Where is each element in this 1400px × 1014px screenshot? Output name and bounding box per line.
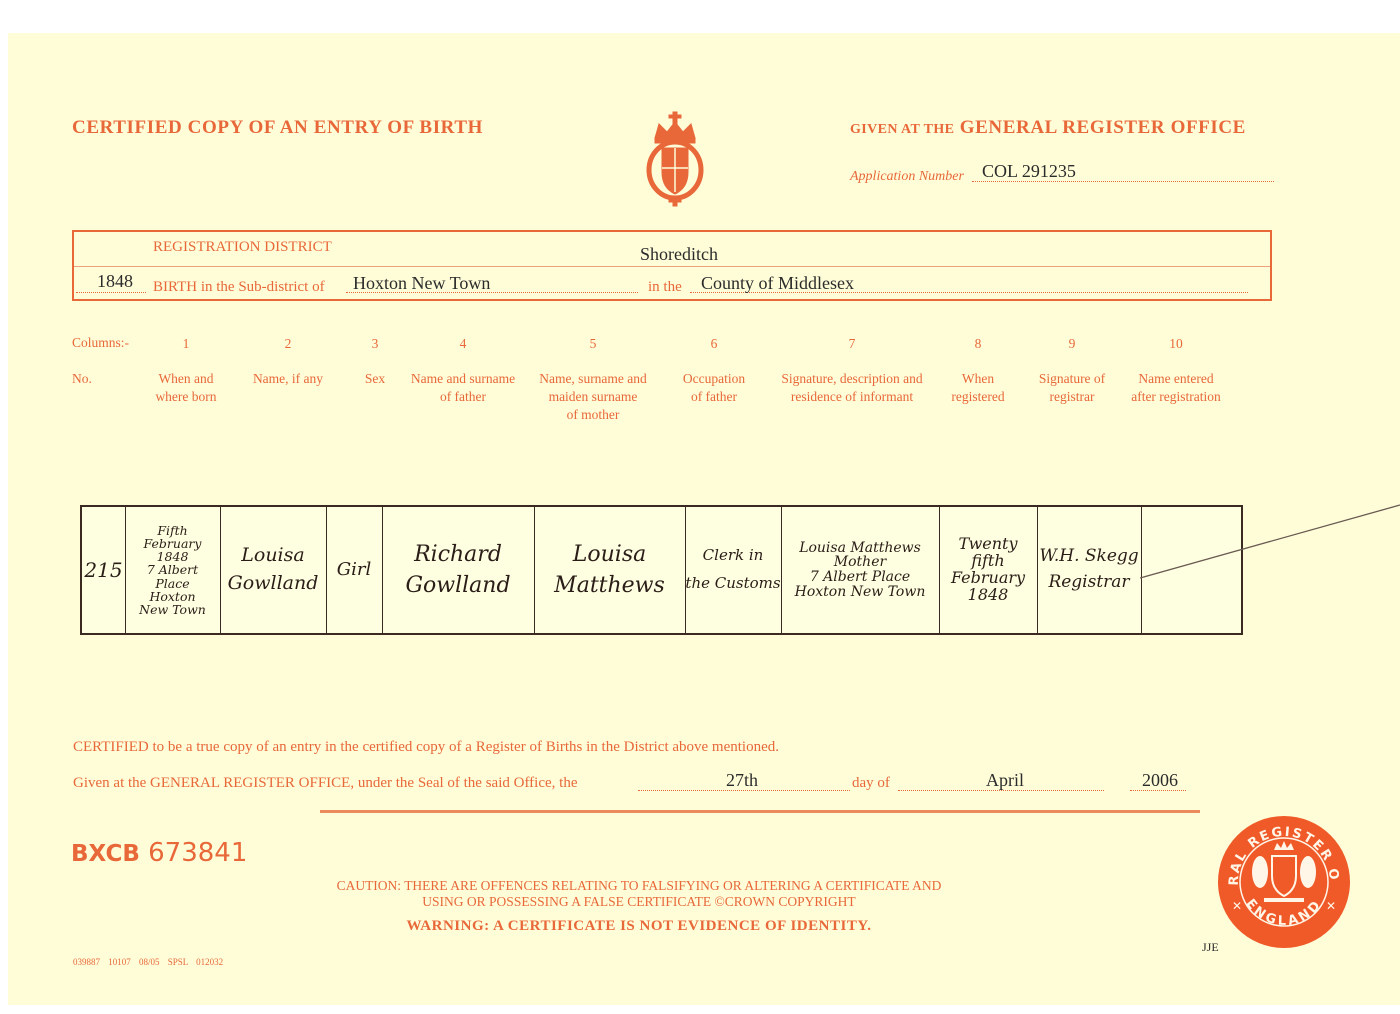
entry-father: Richard Gowlland: [382, 507, 534, 633]
county-label: in the: [648, 279, 682, 296]
column-number-7: 7: [772, 335, 932, 353]
registered-year: 1848: [968, 587, 1009, 604]
entry-number: 215: [82, 507, 125, 633]
subdistrict-value: Hoxton New Town: [353, 273, 490, 294]
registration-district-value: Shoreditch: [640, 244, 718, 265]
application-number-label: Application Number: [850, 169, 964, 185]
column-header-when-registered: When registered: [928, 370, 1028, 406]
county-value: County of Middlesex: [701, 273, 854, 294]
birth-address-line-3: Hoxton: [149, 590, 195, 603]
mother-forename: Louisa: [573, 543, 646, 566]
entry-occupation: Clerk in the Customs: [685, 507, 781, 633]
column-number-8: 8: [928, 335, 1028, 353]
subdistrict-label: BIRTH in the Sub-district of: [153, 279, 325, 296]
horizontal-rule: [320, 810, 1200, 813]
occupation-line-1: Clerk in: [703, 548, 764, 564]
entry-when-registered: Twenty fifth February 1848: [939, 507, 1037, 633]
issuing-office-name: GENERAL REGISTER OFFICE: [960, 117, 1246, 138]
svg-text:✕: ✕: [1326, 899, 1336, 913]
child-forename: Louisa: [241, 546, 304, 566]
informant-name: Louisa Matthews: [799, 541, 921, 556]
column-number-4: 4: [403, 335, 523, 353]
informant-residence-2: Hoxton New Town: [795, 585, 926, 600]
clerk-initials: JJE: [1202, 940, 1219, 955]
entry-sex: Girl: [326, 507, 382, 633]
child-surname: Gowlland: [228, 574, 319, 594]
issuing-office-prefix: GIVEN AT THE: [850, 122, 954, 137]
registrar-title: Registrar: [1048, 574, 1129, 592]
column-number-6: 6: [664, 335, 764, 353]
certified-statement: CERTIFIED to be a true copy of an entry …: [73, 739, 779, 756]
informant-description: Mother: [834, 555, 886, 570]
registrar-signature: W.H. Skegg: [1039, 548, 1138, 566]
informant-residence-1: 7 Albert Place: [810, 570, 910, 585]
birth-address-line-2: Place: [155, 577, 189, 590]
column-header-name: Name, if any: [238, 370, 338, 388]
entry-mother: Louisa Matthews: [534, 507, 685, 633]
print-code: 039887 10107 08/05 SPSL 012032: [73, 957, 223, 967]
royal-crest-icon: [645, 110, 705, 210]
column-header-registrar: Signature of registrar: [1022, 370, 1122, 406]
issue-year: 2006: [1142, 770, 1178, 791]
year-dotted-line: [76, 292, 146, 293]
father-forename: Richard: [414, 543, 502, 566]
birth-address-line-1: 7 Albert: [147, 563, 198, 576]
column-number-2: 2: [238, 335, 338, 353]
column-header-father: Name and surname of father: [403, 370, 523, 406]
caution-notice: CAUTION: THERE ARE OFFENCES RELATING TO …: [318, 878, 960, 910]
mother-surname: Matthews: [554, 574, 665, 597]
application-number-value: COL 291235: [982, 161, 1076, 182]
column-number-5: 5: [533, 335, 653, 353]
column-header-when-where-born: When and where born: [136, 370, 236, 406]
certificate-title: CERTIFIED COPY OF AN ENTRY OF BIRTH: [72, 117, 483, 139]
father-surname: Gowlland: [405, 574, 510, 597]
serial-number: 673841: [148, 838, 247, 868]
column-number-9: 9: [1022, 335, 1122, 353]
no-column-label: No.: [72, 371, 92, 387]
occupation-line-2: the Customs: [685, 576, 780, 592]
registration-district-label: REGISTRATION DISTRICT: [153, 239, 332, 256]
registration-box-divider: [74, 266, 1270, 267]
issuing-office-title: GIVEN AT THE GENERAL REGISTER OFFICE: [850, 117, 1246, 139]
cancellation-stroke-icon: [1140, 500, 1400, 580]
entry-when-where-born: Fifth February 1848 7 Albert Place Hoxto…: [125, 507, 220, 633]
registration-year: 1848: [97, 271, 133, 292]
day-of-label: day of: [852, 775, 890, 792]
sex-text: Girl: [337, 561, 372, 580]
svg-text:✕: ✕: [1232, 899, 1242, 913]
identity-warning: WARNING: A CERTIFICATE IS NOT EVIDENCE O…: [318, 918, 960, 935]
column-header-name-after: Name entered after registration: [1116, 370, 1236, 406]
issue-month: April: [986, 770, 1024, 791]
issue-day: 27th: [726, 770, 758, 791]
entry-registrar: W.H. Skegg Registrar: [1037, 507, 1141, 633]
certificate-serial: BXCB 673841: [71, 838, 247, 868]
column-number-1: 1: [136, 335, 236, 353]
register-entry-row: 215 Fifth February 1848 7 Albert Place H…: [80, 505, 1243, 635]
given-at-statement: Given at the GENERAL REGISTER OFFICE, un…: [73, 775, 578, 792]
birth-address-line-4: New Town: [139, 603, 206, 616]
column-number-10: 10: [1116, 335, 1236, 353]
entry-informant: Louisa Matthews Mother 7 Albert Place Ho…: [781, 507, 939, 633]
columns-label: Columns:-: [72, 335, 129, 351]
serial-prefix: BXCB: [71, 841, 140, 867]
column-header-informant: Signature, description and residence of …: [772, 370, 932, 406]
column-header-mother: Name, surname and maiden surname of moth…: [533, 370, 653, 424]
column-header-occupation: Occupation of father: [664, 370, 764, 406]
entry-name: Louisa Gowlland: [220, 507, 326, 633]
entry-number-text: 215: [84, 560, 122, 581]
general-register-office-seal-icon: GENERAL REGISTER OFFICE ENGLAND ✕ ✕: [1218, 810, 1350, 952]
